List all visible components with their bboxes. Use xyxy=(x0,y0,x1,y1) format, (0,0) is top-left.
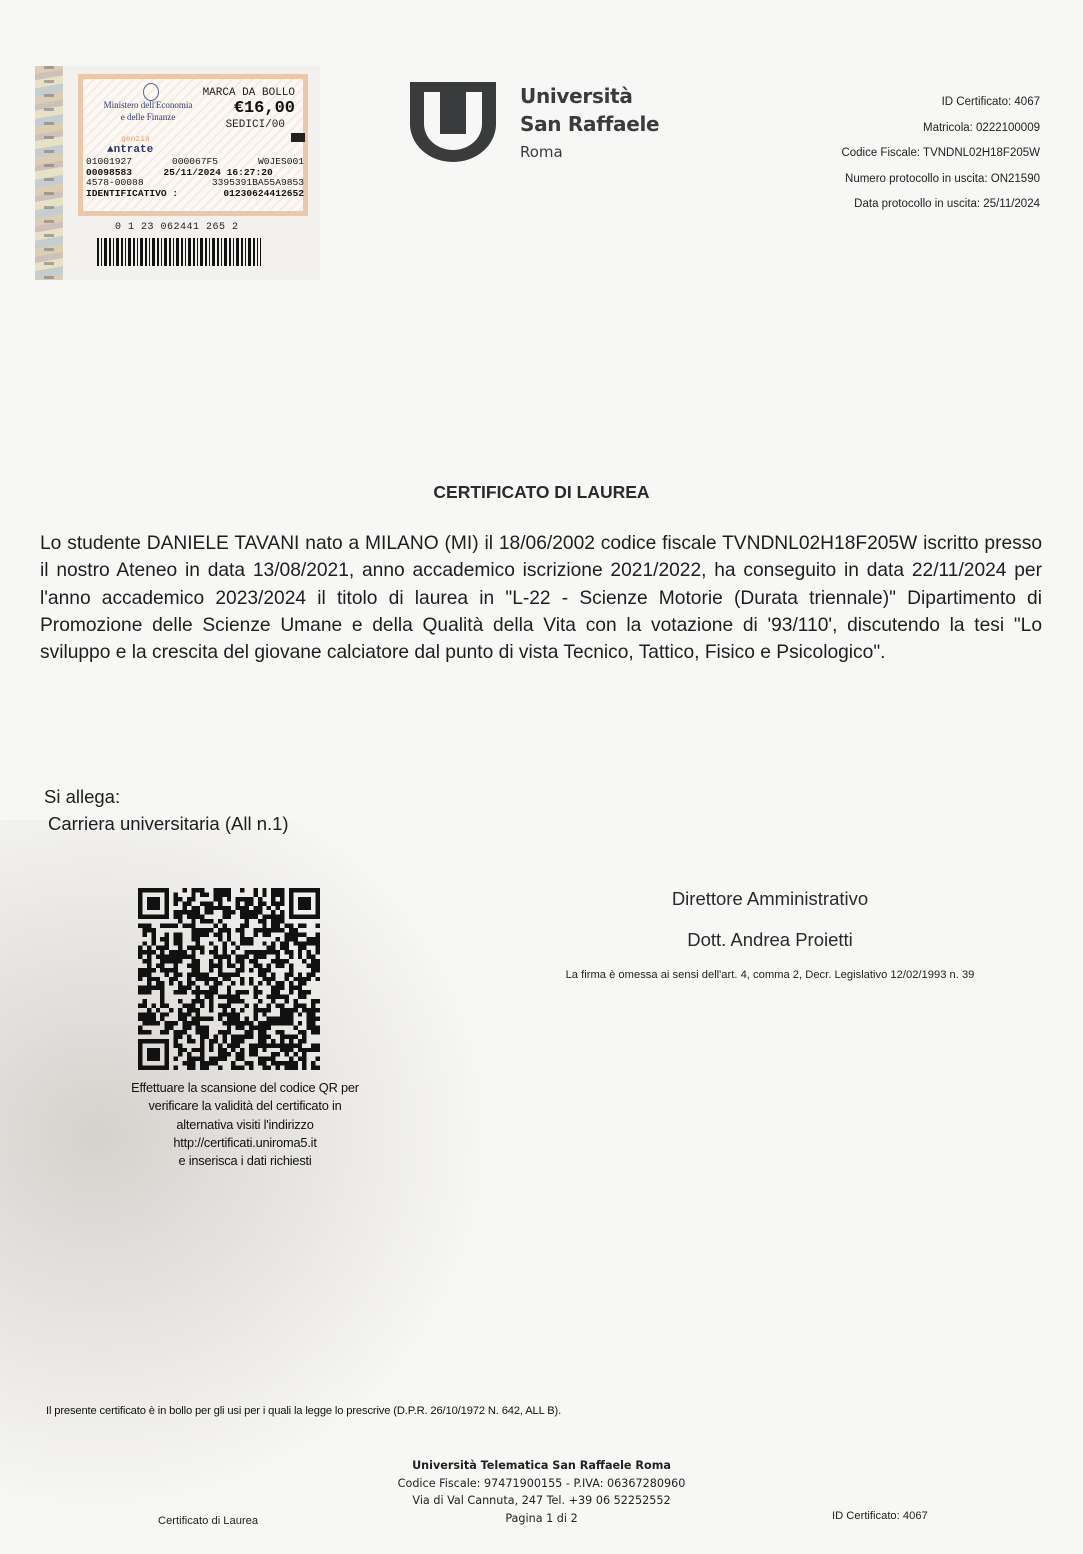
attachments-label: Si allega: xyxy=(44,783,289,810)
numero-protocollo: Numero protocollo in uscita: ON21590 xyxy=(841,167,1040,193)
signature-block: Direttore Amministrativo Dott. Andrea Pr… xyxy=(540,885,1000,981)
stamp-codes: 01001927000067F5W0JES0010009858325/11/20… xyxy=(86,157,304,199)
stamp-black-mark xyxy=(291,133,305,142)
signer-role: Direttore Amministrativo xyxy=(540,885,1000,913)
codice-fiscale: Codice Fiscale: TVNDNL02H18F205W xyxy=(841,141,1040,167)
stamp-ministry: Ministero dell'Economia e delle Finanze xyxy=(89,99,207,123)
stamp-marca-label: MARCA DA BOLLO xyxy=(203,87,295,99)
revenue-stamp: Ministero dell'Economia e delle Finanze … xyxy=(35,66,320,280)
document-title: CERTIFICATO DI LAUREA xyxy=(0,482,1083,503)
stamp-code-row: 01001927000067F5W0JES001 xyxy=(86,157,304,168)
bollo-note: Il presente certificato è in bollo per g… xyxy=(46,1405,561,1417)
id-certificato: ID Certificato: 4067 xyxy=(841,90,1040,116)
attachment-item: Carriera universitaria (All n.1) xyxy=(48,810,289,837)
qr-caption-line: Effettuare la scansione del codice QR pe… xyxy=(80,1079,410,1097)
stamp-code-row: IDENTIFICATIVO :01230624412652 xyxy=(86,189,304,200)
logo-line-3: Roma xyxy=(520,140,659,164)
footer-doc-type: Certificato di Laurea xyxy=(158,1515,258,1527)
qr-code-icon[interactable] xyxy=(138,888,320,1070)
stamp-value: €16,00 xyxy=(234,99,295,118)
attachments: Si allega: Carriera universitaria (All n… xyxy=(44,783,289,837)
certificate-info: ID Certificato: 4067 Matricola: 02221000… xyxy=(841,90,1040,218)
stamp-code-row: 4578-000883395391BA55A9853 xyxy=(86,178,304,189)
logo-line-2: San Raffaele xyxy=(520,110,659,138)
barcode-icon xyxy=(97,238,261,266)
footer-address: Via di Val Cannuta, 247 Tel. +39 06 5225… xyxy=(0,1492,1083,1510)
qr-caption-line: e inserisca i dati richiesti xyxy=(80,1152,410,1170)
qr-caption: Effettuare la scansione del codice QR pe… xyxy=(80,1079,410,1170)
stamp-card: Ministero dell'Economia e delle Finanze … xyxy=(78,74,308,216)
data-protocollo: Data protocollo in uscita: 25/11/2024 xyxy=(841,192,1040,218)
hologram-strip xyxy=(35,66,63,280)
qr-caption-line: verificare la validità del certificato i… xyxy=(80,1097,410,1115)
signer-name: Dott. Andrea Proietti xyxy=(540,926,1000,954)
qr-caption-line: alternativa visiti l'indirizzo xyxy=(80,1116,410,1134)
footer-fiscal: Codice Fiscale: 97471900155 - P.IVA: 063… xyxy=(0,1475,1083,1493)
stamp-value-words: SEDICI/00 xyxy=(226,119,285,131)
barcode-number: 0 1 23 062441 265 2 xyxy=(115,222,239,233)
agenzia-entrate-logo: genzia ▲ntrate xyxy=(107,135,153,155)
qr-caption-line: http://certificati.uniroma5.it xyxy=(80,1134,410,1152)
shield-u-icon xyxy=(410,82,496,162)
university-logo: Università San Raffaele Roma xyxy=(410,82,670,164)
footer-org: Università Telematica San Raffaele Roma xyxy=(0,1457,1083,1475)
signature-note: La firma è omessa ai sensi dell'art. 4, … xyxy=(540,969,1000,981)
logo-line-1: Università xyxy=(520,82,659,110)
footer-id: ID Certificato: 4067 xyxy=(832,1510,928,1522)
agency-icon: ▲ xyxy=(107,144,114,156)
matricola: Matricola: 0222100009 xyxy=(841,116,1040,142)
certificate-body: Lo studente DANIELE TAVANI nato a MILANO… xyxy=(40,530,1042,666)
